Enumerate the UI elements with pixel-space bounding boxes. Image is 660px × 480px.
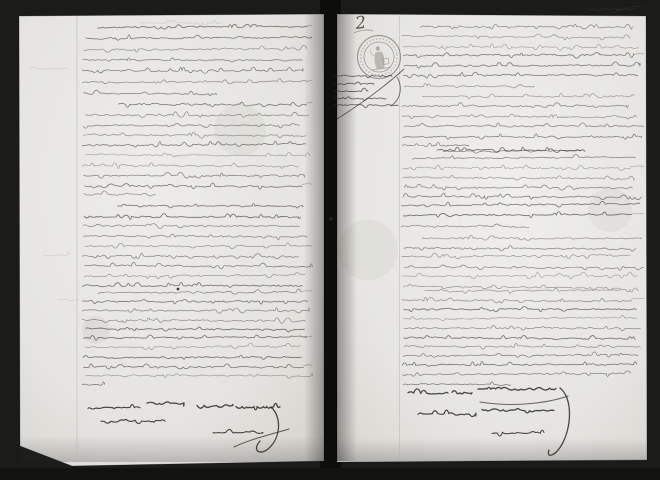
- scanned-register-spread: 2: [0, 0, 660, 480]
- ink-speck: [329, 217, 333, 221]
- paper-stain: [588, 188, 632, 232]
- document-scan: 2: [0, 0, 660, 480]
- left-page-bottom-shadow: [20, 436, 324, 462]
- ink-speck: [177, 288, 180, 291]
- backdrop-bottom-band: [0, 468, 660, 480]
- paper-stain: [82, 316, 110, 344]
- paper-stain: [214, 104, 266, 156]
- right-page-bottom-shadow: [337, 438, 647, 461]
- paper-stain: [338, 220, 398, 280]
